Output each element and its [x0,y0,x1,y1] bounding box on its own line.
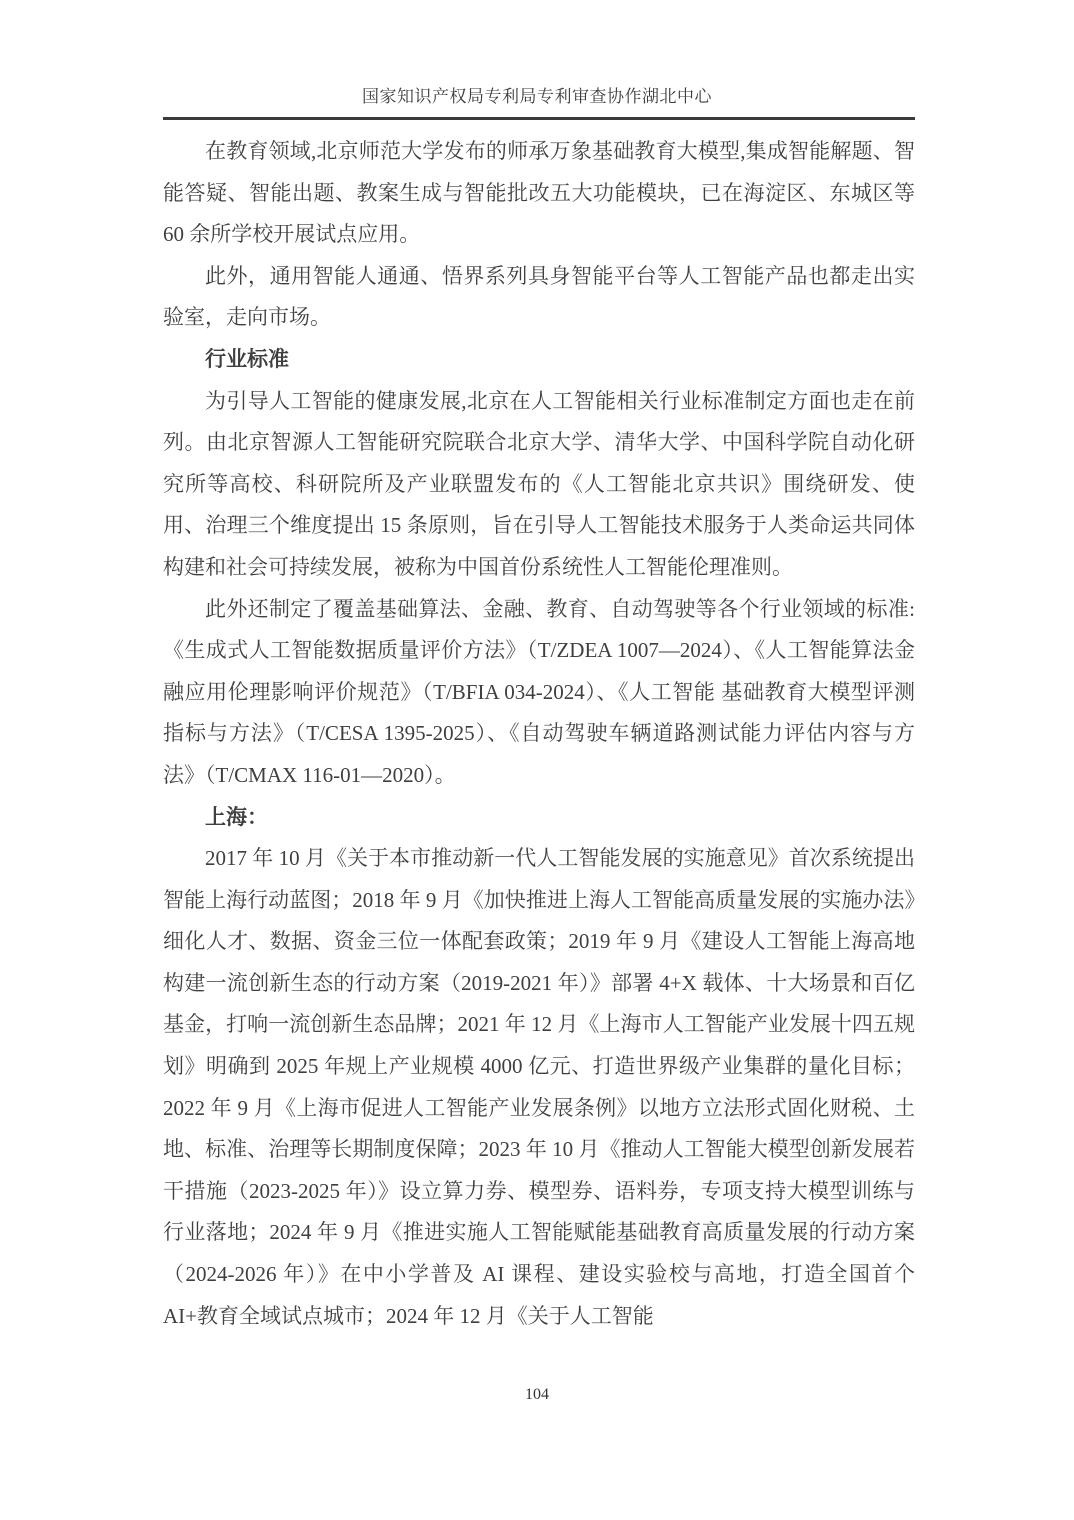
header-divider [163,117,915,120]
page-number: 104 [0,1386,1074,1404]
paragraph-beijing-consensus: 为引导人工智能的健康发展,北京在人工智能相关行业标准制定方面也走在前列。由北京智… [163,381,915,589]
document-header-title: 国家知识产权局专利局专利审查协作湖北中心 [0,82,1074,107]
paragraph-shanghai-policies: 2017 年 10 月《关于本市推动新一代人工智能发展的实施意见》首次系统提出智… [163,838,915,1337]
document-page: 国家知识产权局专利局专利审查协作湖北中心 在教育领域,北京师范大学发布的师承万象… [0,0,1074,1520]
document-body: 在教育领域,北京师范大学发布的师承万象基础教育大模型,集成智能解题、智能答疑、智… [163,131,915,1337]
paragraph-standards-list: 此外还制定了覆盖基础算法、金融、教育、自动驾驶等各个行业领域的标准:《生成式人工… [163,589,915,797]
heading-shanghai: 上海： [163,797,915,839]
paragraph-ai-products: 此外，通用智能人通通、悟界系列具身智能平台等人工智能产品也都走出实验室，走向市场… [163,256,915,339]
paragraph-education-model: 在教育领域,北京师范大学发布的师承万象基础教育大模型,集成智能解题、智能答疑、智… [163,131,915,256]
heading-industry-standards: 行业标准 [163,339,915,381]
